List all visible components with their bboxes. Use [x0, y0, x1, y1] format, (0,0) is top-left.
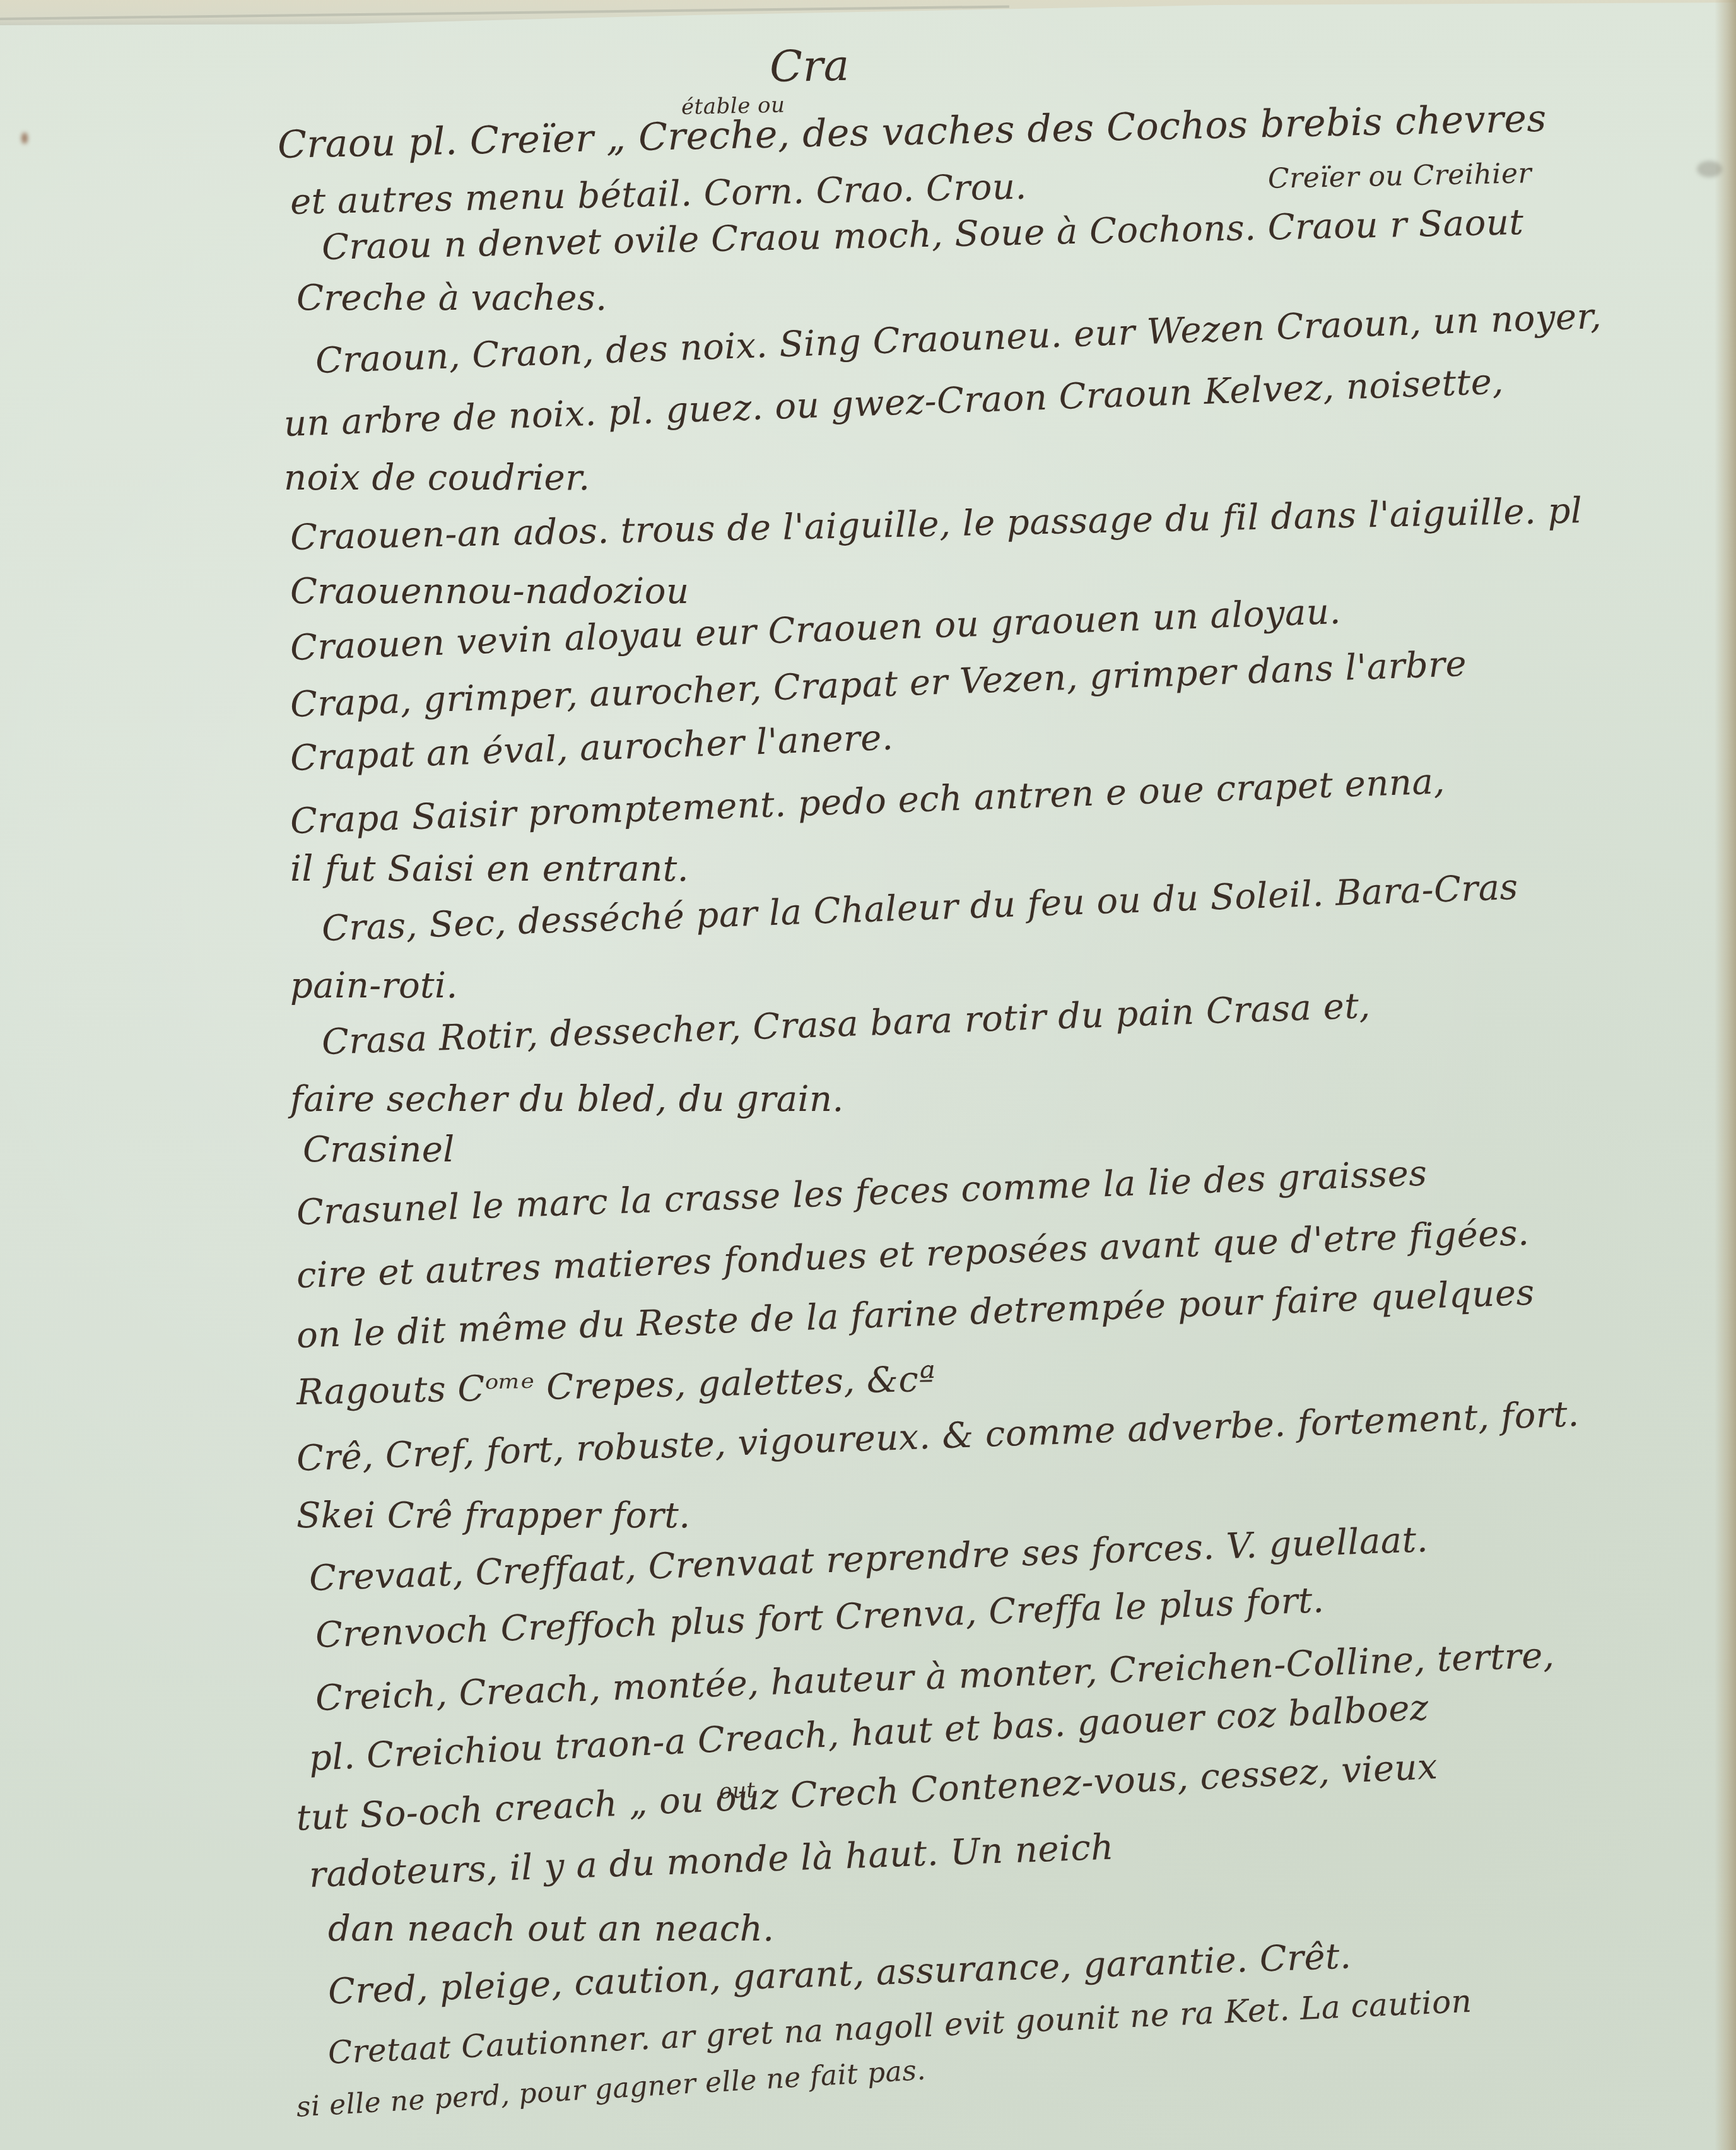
- manuscript-line: Craouennou-nadoziou: [290, 571, 689, 612]
- manuscript-line: il fut Saisi en entrant.: [290, 849, 689, 890]
- manuscript-line: Craouen-an ados. trous de l'aiguille, le…: [290, 490, 1583, 558]
- manuscript-line: Skei Crê frapper fort.: [296, 1495, 691, 1536]
- manuscript-line: Creche à vaches.: [296, 278, 607, 319]
- ink-stain: [21, 132, 28, 144]
- manuscript-line: Ragouts Cᵒᵐᵉ Crepes, galettes, &cª: [296, 1359, 936, 1413]
- manuscript-line: Crasa Rotir, dessecher, Crasa bara rotir…: [321, 985, 1371, 1063]
- manuscript-entry-heading: Crasinel: [303, 1129, 455, 1170]
- manuscript-page: Cra étable ou Craou pl. Creïer „ Creche,…: [0, 0, 1736, 2150]
- manuscript-line: Craou pl. Creïer „ Creche, des vaches de…: [277, 97, 1547, 167]
- manuscript-line: noix de coudrier.: [284, 457, 590, 498]
- manuscript-line: pain-roti.: [290, 965, 458, 1006]
- torn-top-edge: [0, 0, 1736, 25]
- smudge: [1697, 161, 1722, 177]
- manuscript-line: radoteurs, il y a du monde là haut. Un n…: [308, 1826, 1115, 1896]
- manuscript-line: Crapat an éval, aurocher l'anere.: [290, 717, 894, 779]
- page-heading: Cra: [769, 41, 850, 92]
- manuscript-line: faire secher du bled, du grain.: [290, 1079, 844, 1120]
- manuscript-line: dan neach out an neach.: [328, 1908, 775, 1949]
- binding-shadow: [1715, 0, 1736, 2150]
- interlinear-note: Creïer ou Creihier: [1267, 157, 1532, 195]
